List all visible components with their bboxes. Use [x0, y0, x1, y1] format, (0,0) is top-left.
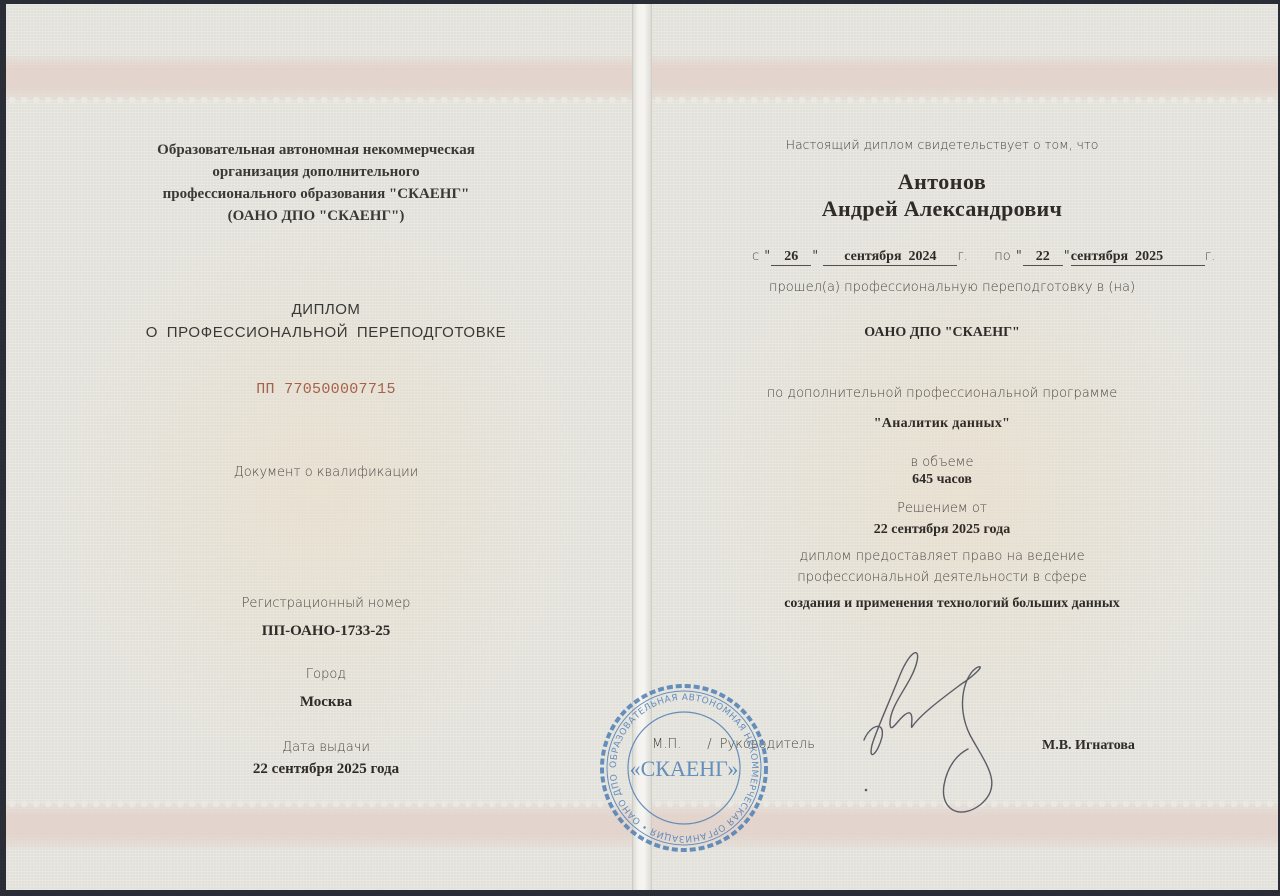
- decision-date: 22 сентября 2025 года: [742, 522, 1142, 538]
- decision-label: Решением от: [742, 501, 1142, 516]
- separator: /: [681, 737, 719, 752]
- decorative-band-bottom: [652, 804, 1278, 848]
- issue-date-label: Дата выдачи: [156, 740, 496, 755]
- period-to-day: 22: [1023, 249, 1063, 266]
- decorative-band-top: [652, 56, 1278, 100]
- diploma-title: ДИПЛОМ: [106, 301, 546, 318]
- city-value: Москва: [156, 694, 496, 711]
- volume-hours: 645 часов: [742, 472, 1142, 488]
- diploma-spread: Образовательная автономная некоммерческа…: [6, 4, 1278, 890]
- period-to-prefix: по: [994, 249, 1010, 264]
- decorative-band-bottom: [6, 804, 632, 848]
- program-label: по дополнительной профессиональной прогр…: [722, 386, 1162, 401]
- organization-line: организация дополнительного: [106, 161, 526, 183]
- period-to-month-year: сентября 2025: [1071, 249, 1205, 266]
- quote-mark: ": [763, 249, 771, 264]
- decorative-band-top: [6, 56, 632, 100]
- left-page: Образовательная автономная некоммерческа…: [6, 4, 632, 890]
- organization-line: Образовательная автономная некоммерческа…: [106, 139, 526, 161]
- holder-given-names: Андрей Александрович: [742, 196, 1142, 222]
- rights-text-line: диплом предоставляет право на ведение: [722, 549, 1162, 564]
- year-suffix: г.: [957, 249, 968, 264]
- professional-sphere: создания и применения технологий больших…: [692, 596, 1212, 612]
- organization-line: профессионального образования "СКАЕНГ": [106, 183, 526, 205]
- quote-mark: ": [1015, 249, 1023, 264]
- period-from-prefix: с: [752, 249, 759, 264]
- rights-text-line: профессиональной деятельности в сфере: [722, 570, 1162, 585]
- period-from-day: 26: [771, 249, 811, 266]
- signer-name: М.В. Игнатова: [1042, 738, 1135, 754]
- document-type: Документ о квалификации: [156, 465, 496, 480]
- organization-name: Образовательная автономная некоммерческа…: [106, 139, 526, 227]
- holder-surname: Антонов: [742, 169, 1142, 195]
- seal-and-role-line: М.П./Руководитель: [652, 737, 815, 752]
- certification-intro: Настоящий диплом свидетельствует о том, …: [742, 137, 1142, 152]
- program-name: "Аналитик данных": [742, 416, 1142, 432]
- completion-statement: прошел(а) профессиональную переподготовк…: [732, 280, 1172, 295]
- serial-number: ПП 770500007715: [156, 381, 496, 398]
- signer-role: Руководитель: [720, 737, 815, 752]
- diploma-subtitle: О ПРОФЕССИОНАЛЬНОЙ ПЕРЕПОДГОТОВКЕ: [106, 324, 546, 341]
- registration-label: Регистрационный номер: [156, 596, 496, 611]
- seal-label: М.П.: [652, 737, 681, 752]
- year-suffix: г.: [1205, 249, 1216, 264]
- quote-mark: ": [1063, 249, 1071, 264]
- volume-label: в объеме: [742, 455, 1142, 470]
- period-from-month-year: сентября 2024: [823, 249, 957, 266]
- book-binding: [632, 4, 652, 890]
- registration-number: ПП-ОАНО-1733-25: [156, 623, 496, 640]
- issue-date: 22 сентября 2025 года: [156, 761, 496, 778]
- training-period: с "26" сентября 2024г. по "22"сентября 2…: [752, 249, 1215, 266]
- organization-line: (ОАНО ДПО "СКАЕНГ"): [106, 205, 526, 227]
- city-label: Город: [156, 667, 496, 682]
- quote-mark: ": [811, 249, 819, 264]
- right-page: Настоящий диплом свидетельствует о том, …: [652, 4, 1278, 890]
- institution-short-name: ОАНО ДПО "СКАЕНГ": [742, 325, 1142, 341]
